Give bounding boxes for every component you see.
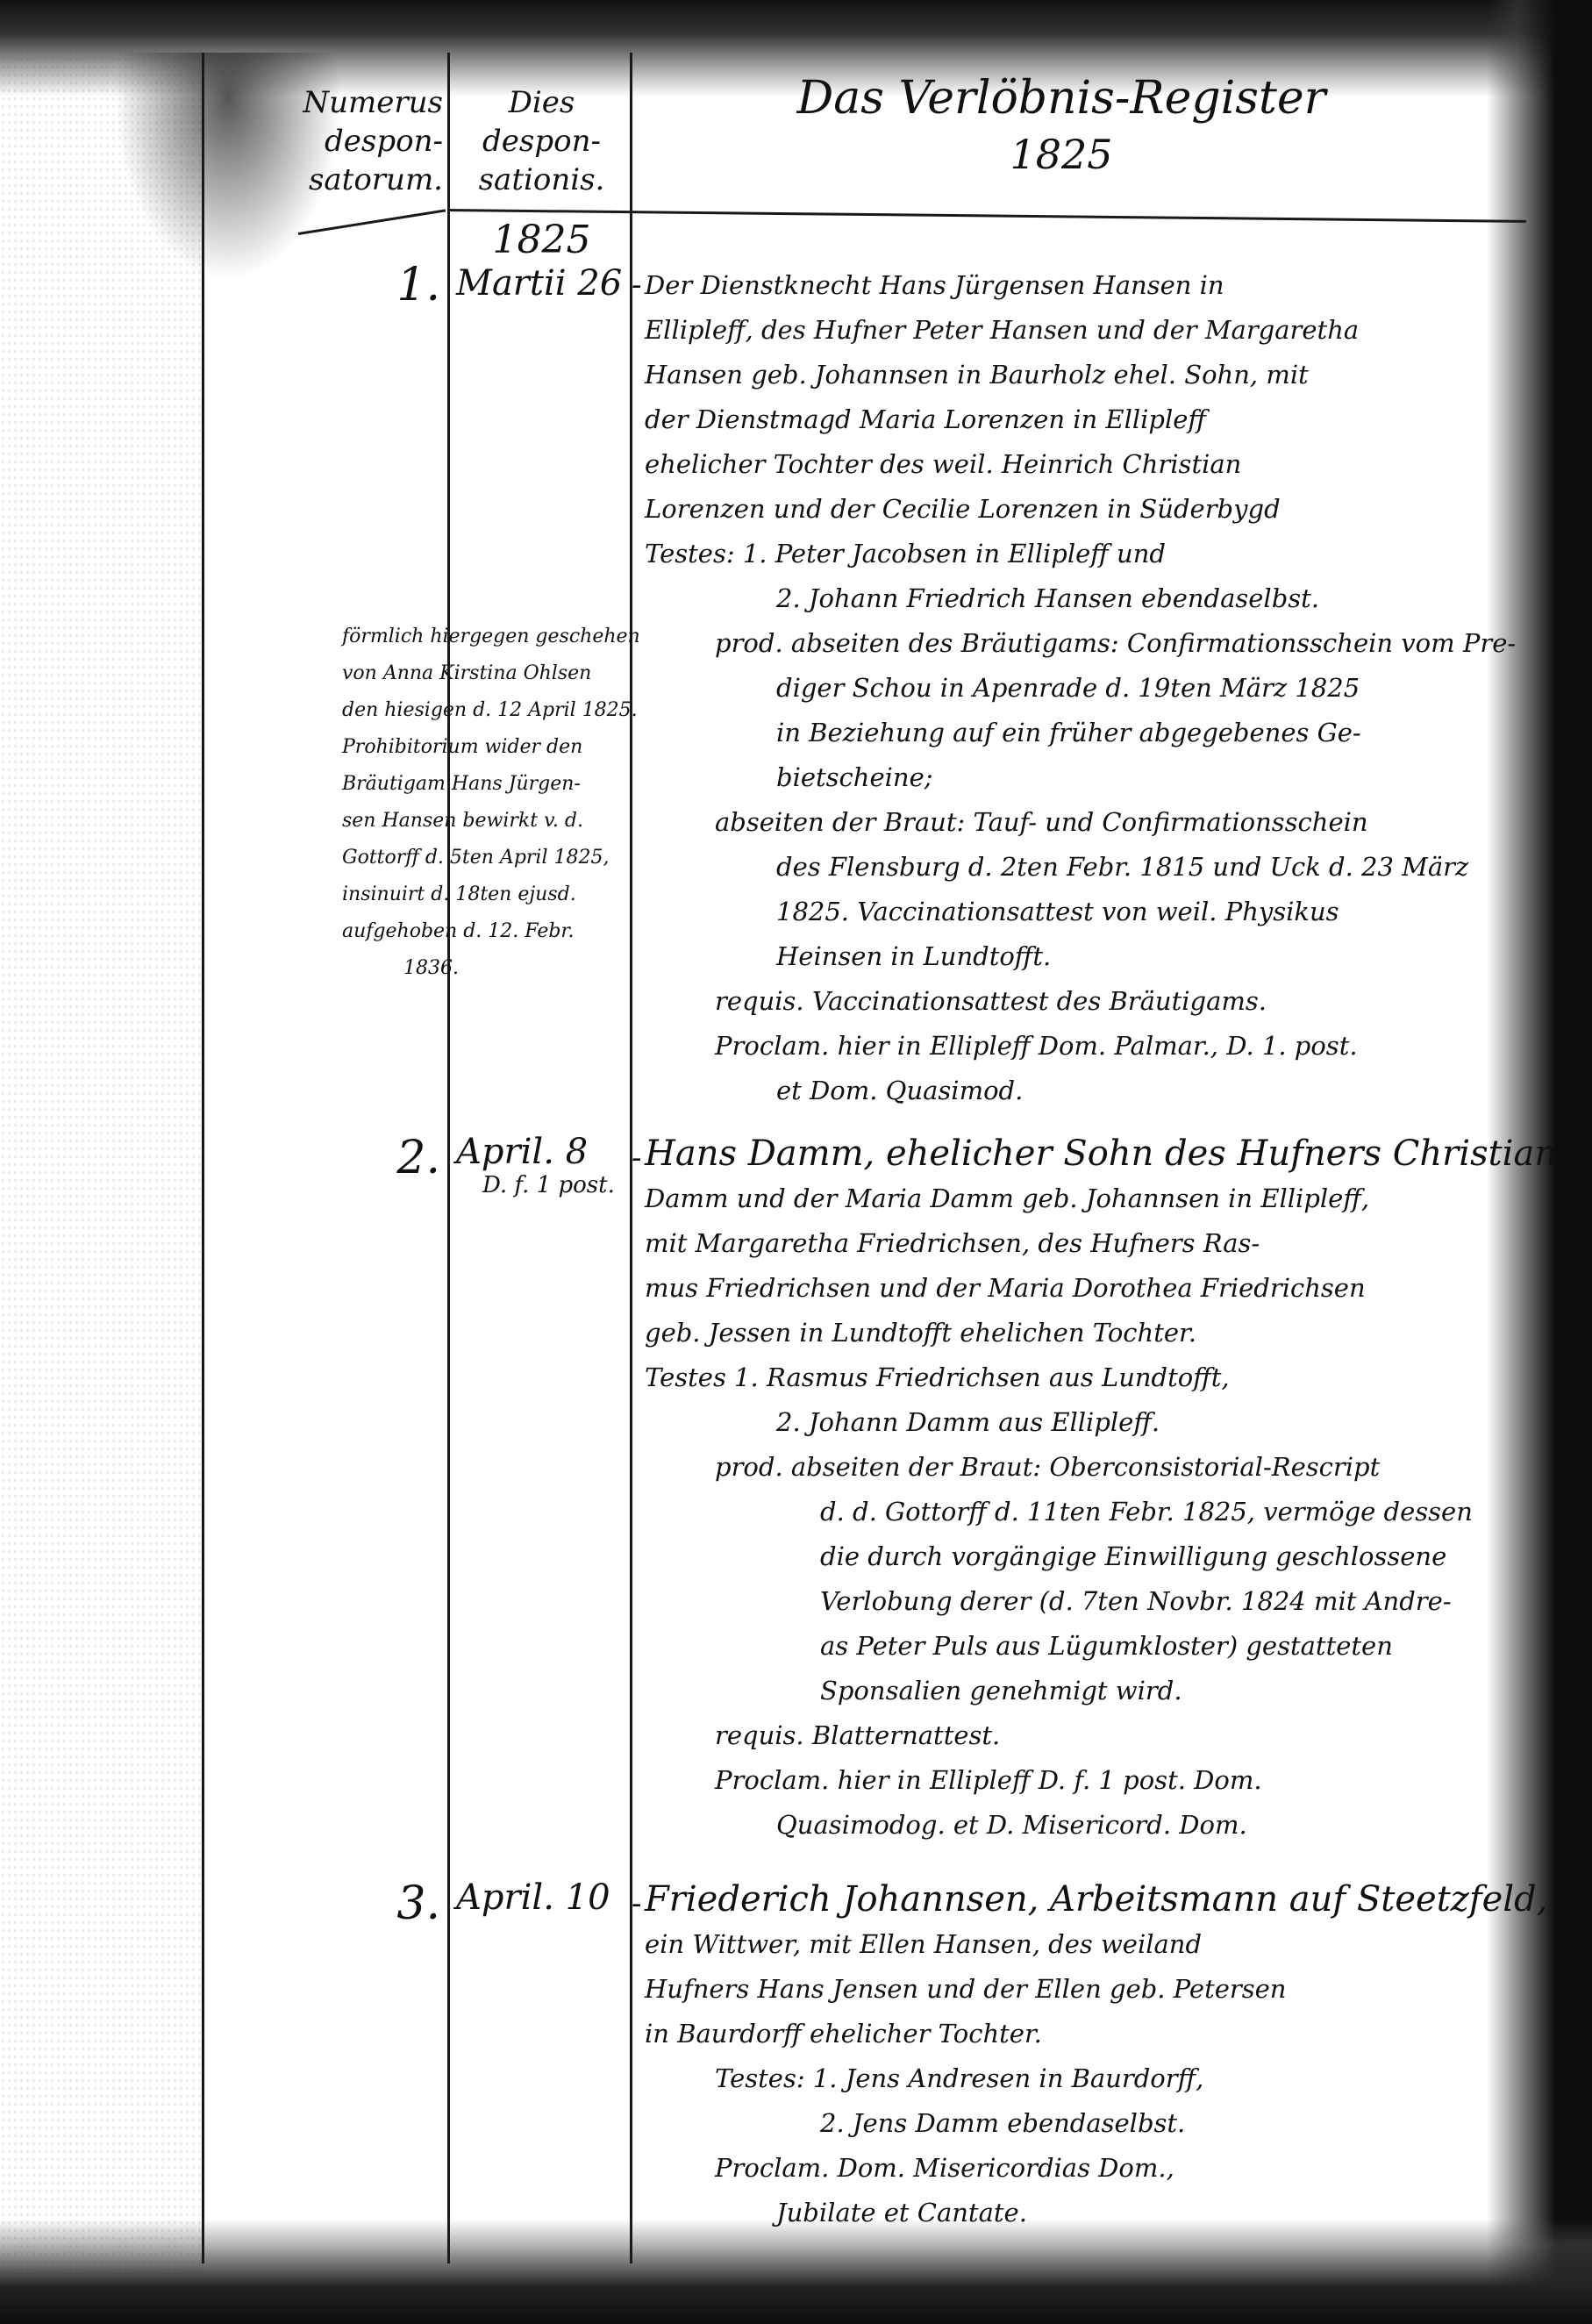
entry-line: Hansen geb. Johannsen in Baurholz ehel. … bbox=[645, 353, 1522, 397]
entry-line: 2. Johann Friedrich Hansen ebendaselbst. bbox=[645, 576, 1522, 621]
column-header-dies: Dies despon- sationis. bbox=[456, 83, 627, 199]
annotation-line: förmlich hiergegen geschehen bbox=[342, 619, 623, 655]
entry-line: mit Margaretha Friedrichsen, des Hufners… bbox=[645, 1221, 1522, 1266]
entry-dash: - bbox=[632, 1886, 642, 1921]
annotation-line: Prohibitorium wider den bbox=[342, 729, 623, 766]
year-label: 1825 bbox=[456, 218, 627, 262]
column-rule-middle bbox=[447, 53, 450, 2263]
annotation-line: den hiesigen d. 12 April 1825. bbox=[342, 692, 623, 729]
register-entry-2: Hans Damm, ehelicher Sohn des Hufners Ch… bbox=[645, 1132, 1522, 1848]
entry-line: Friederich Johannsen, Arbeitsmann auf St… bbox=[645, 1877, 1522, 1922]
entry-line: Lorenzen und der Cecilie Lorenzen in Süd… bbox=[645, 487, 1522, 532]
entry-line: Sponsalien genehmigt wird. bbox=[645, 1669, 1522, 1713]
entry-line: abseiten der Braut: Tauf- und Confirmati… bbox=[645, 800, 1522, 845]
entry-line: die durch vorgängige Einwilligung geschl… bbox=[645, 1534, 1522, 1579]
entry-line: Quasimodog. et D. Misericord. Dom. bbox=[645, 1803, 1522, 1848]
annotation-line: 1836. bbox=[342, 950, 623, 987]
header-line: Dies bbox=[456, 83, 627, 122]
entry-date: April. 8 D. f. 1 post. bbox=[456, 1132, 627, 1198]
entry-number: 2. bbox=[211, 1132, 440, 1184]
header-line: sationis. bbox=[456, 161, 627, 199]
margin-annotation: förmlich hiergegen geschehen von Anna Ki… bbox=[342, 619, 623, 987]
entry-date: Martii 26 bbox=[456, 263, 627, 304]
page-title: Das Verlöbnis-Register 1825 bbox=[667, 70, 1456, 182]
entry-date-text: April. 10 bbox=[456, 1877, 610, 1918]
entry-date: April. 10 bbox=[456, 1877, 627, 1918]
header-line: satorum. bbox=[211, 161, 443, 199]
entry-dash: - bbox=[632, 1141, 642, 1176]
entry-date-text: Martii 26 bbox=[456, 263, 622, 304]
entry-date-note: D. f. 1 post. bbox=[482, 1172, 627, 1198]
column-rule-left bbox=[202, 53, 204, 2263]
entry-line: in Baurdorff ehelicher Tochter. bbox=[645, 2012, 1522, 2056]
entry-line: in Beziehung auf ein früher abgegebenes … bbox=[645, 711, 1522, 755]
annotation-line: insinuirt d. 18ten ejusd. bbox=[342, 876, 623, 913]
entry-line: geb. Jessen in Lundtofft ehelichen Tocht… bbox=[645, 1311, 1522, 1355]
entry-line: prod. abseiten des Bräutigams: Confirmat… bbox=[645, 621, 1522, 666]
entry-line: et Dom. Quasimod. bbox=[645, 1069, 1522, 1113]
entry-number: 3. bbox=[211, 1877, 440, 1930]
entry-line: diger Schou in Apenrade d. 19ten März 18… bbox=[645, 666, 1522, 711]
entry-line: Testes: 1. Jens Andresen in Baurdorff, bbox=[645, 2056, 1522, 2101]
annotation-line: von Anna Kirstina Ohlsen bbox=[342, 655, 623, 692]
entry-line: mus Friedrichsen und der Maria Dorothea … bbox=[645, 1266, 1522, 1311]
entry-line: Verlobung derer (d. 7ten Novbr. 1824 mit… bbox=[645, 1579, 1522, 1624]
header-line: despon- bbox=[211, 122, 443, 161]
entry-line: ein Wittwer, mit Ellen Hansen, des weila… bbox=[645, 1922, 1522, 1967]
entry-number: 1. bbox=[211, 259, 440, 311]
entry-line: Heinsen in Lundtofft. bbox=[645, 934, 1522, 979]
scan-noise-left bbox=[0, 0, 202, 2324]
entry-line: 1825. Vaccinationsattest von weil. Physi… bbox=[645, 890, 1522, 934]
title-text: Das Verlöbnis-Register bbox=[797, 72, 1326, 125]
entry-line: 2. Johann Damm aus Ellipleff. bbox=[645, 1400, 1522, 1445]
entry-line: Damm und der Maria Damm geb. Johannsen i… bbox=[645, 1176, 1522, 1221]
entry-line: Der Dienstknecht Hans Jürgensen Hansen i… bbox=[645, 263, 1522, 308]
entry-line: d. d. Gottorff d. 11ten Febr. 1825, verm… bbox=[645, 1490, 1522, 1534]
entry-line: Ellipleff, des Hufner Peter Hansen und d… bbox=[645, 308, 1522, 353]
entry-line: Testes 1. Rasmus Friedrichsen aus Lundto… bbox=[645, 1355, 1522, 1400]
entry-line: Proclam. hier in Ellipleff Dom. Palmar.,… bbox=[645, 1024, 1522, 1069]
register-entry-1: Der Dienstknecht Hans Jürgensen Hansen i… bbox=[645, 263, 1522, 1113]
entry-line: Jubilate et Cantate. bbox=[645, 2191, 1522, 2235]
entry-line: des Flensburg d. 2ten Febr. 1815 und Uck… bbox=[645, 845, 1522, 890]
entry-line: Hans Damm, ehelicher Sohn des Hufners Ch… bbox=[645, 1132, 1522, 1176]
column-header-numerus: Numerus despon- satorum. bbox=[211, 83, 443, 199]
entry-line: ehelicher Tochter des weil. Heinrich Chr… bbox=[645, 442, 1522, 487]
annotation-line: aufgehoben d. 12. Febr. bbox=[342, 913, 623, 950]
entry-date-text: April. 8 bbox=[456, 1132, 588, 1172]
entry-line: Proclam. Dom. Misericordias Dom., bbox=[645, 2146, 1522, 2191]
annotation-line: Gottorff d. 5ten April 1825, bbox=[342, 840, 623, 876]
entry-line: 2. Jens Damm ebendaselbst. bbox=[645, 2101, 1522, 2146]
register-entry-3: Friederich Johannsen, Arbeitsmann auf St… bbox=[645, 1877, 1522, 2235]
annotation-line: Bräutigam Hans Jürgen- bbox=[342, 766, 623, 803]
entry-line: Testes: 1. Peter Jacobsen in Ellipleff u… bbox=[645, 532, 1522, 576]
entry-line: der Dienstmagd Maria Lorenzen in Elliple… bbox=[645, 397, 1522, 442]
header-line: despon- bbox=[456, 122, 627, 161]
title-year: 1825 bbox=[667, 126, 1456, 182]
entry-line: as Peter Puls aus Lügumkloster) gestatte… bbox=[645, 1624, 1522, 1669]
entry-line: Proclam. hier in Ellipleff D. f. 1 post.… bbox=[645, 1758, 1522, 1803]
entry-line: requis. Vaccinationsattest des Bräutigam… bbox=[645, 979, 1522, 1024]
entry-line: prod. abseiten der Braut: Oberconsistori… bbox=[645, 1445, 1522, 1490]
entry-line: Hufners Hans Jensen und der Ellen geb. P… bbox=[645, 1967, 1522, 2012]
annotation-line: sen Hansen bewirkt v. d. bbox=[342, 803, 623, 840]
entry-line: requis. Blatternattest. bbox=[645, 1713, 1522, 1758]
entry-line: bietscheine; bbox=[645, 755, 1522, 800]
entry-dash: - bbox=[632, 268, 642, 303]
header-line: Numerus bbox=[211, 83, 443, 122]
